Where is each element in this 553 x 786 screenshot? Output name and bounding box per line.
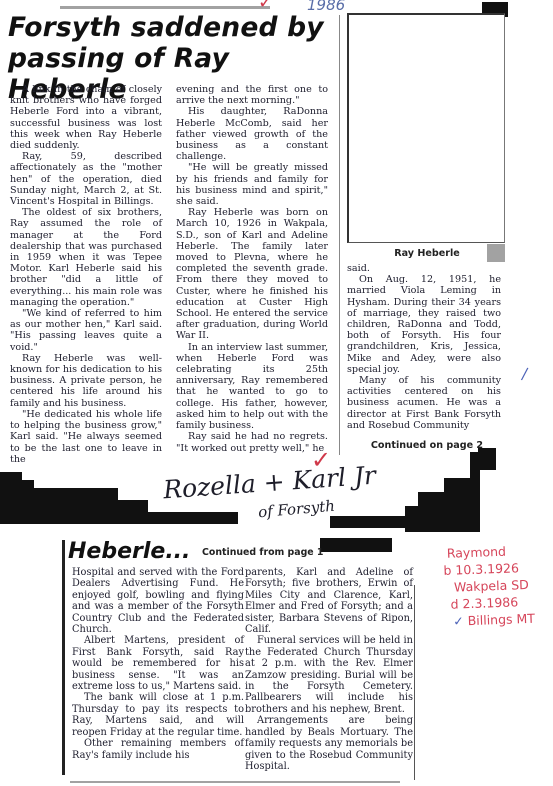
article-column-3: said.On Aug. 12, 1951, he married Viola … — [347, 263, 501, 431]
scan-edge-right — [405, 506, 418, 532]
paragraph: A link in the chain of closely knit brot… — [10, 84, 162, 151]
scan-edge-left — [118, 500, 148, 524]
paragraph: His daughter, RaDonna Heberle McComb, sa… — [176, 106, 328, 162]
scan-edge-left — [34, 488, 118, 524]
scan-edge-right — [418, 492, 444, 532]
scan-edge-right — [330, 516, 405, 528]
paragraph: Ray, 59, described affectionately as the… — [10, 151, 162, 207]
article-column-2: evening and the first one to arrive the … — [176, 84, 328, 454]
paragraph: Ray Heberle was born on March 10, 1926 i… — [176, 207, 328, 341]
paragraph: Ray Heberle was well-known for his dedic… — [10, 353, 162, 409]
paragraph: Many of his community activities centere… — [347, 375, 501, 431]
scan-edge-right — [470, 452, 480, 532]
column-divider — [414, 585, 415, 780]
scan-noise — [487, 244, 505, 262]
red-check-mark: ✓ — [258, 0, 273, 13]
scan-noise — [70, 781, 400, 783]
handwritten-signature-location: of Forsyth — [257, 497, 335, 522]
paragraph: "He will be greatly missed by his friend… — [176, 162, 328, 207]
continuation-column-2: parents, Karl and Adeline of Forsyth; fi… — [245, 567, 413, 772]
paragraph: Arrangements are being handled by Beals … — [245, 715, 413, 772]
column-divider — [339, 15, 340, 455]
paragraph: evening and the first one to arrive the … — [176, 84, 328, 106]
year-note: 1986 — [307, 0, 345, 14]
paragraph: Funeral services will be held in the Fed… — [245, 635, 413, 715]
paragraph: said. — [347, 263, 501, 274]
paragraph: "We kind of referred to him as our mothe… — [10, 308, 162, 353]
paragraph: Other remaining members of Ray's family … — [72, 738, 244, 761]
scan-edge-left — [148, 512, 238, 524]
article-column-1: A link in the chain of closely knit brot… — [10, 84, 162, 465]
paragraph: The oldest of six brothers, Ray assumed … — [10, 207, 162, 308]
paragraph: Hospital and served with the Ford Dealer… — [72, 567, 244, 635]
photo-caption: Ray Heberle — [347, 248, 507, 259]
photo-frame — [347, 13, 505, 243]
blue-check-icon: ✓ — [453, 613, 464, 628]
paragraph: Albert Martens, president of First Bank … — [72, 635, 244, 692]
scan-edge-left — [0, 472, 22, 524]
paragraph: Ray said he had no regrets. "It worked o… — [176, 431, 328, 453]
handwritten-signature: Rozella + Karl Jr — [162, 461, 377, 505]
scan-noise — [60, 6, 270, 9]
continued-from-label: Continued from page 1 — [202, 547, 323, 558]
note-death-place: Billings MT — [467, 611, 535, 628]
paragraph: On Aug. 12, 1951, he married Viola Lemin… — [347, 274, 501, 375]
paragraph: In an interview last summer, when Heberl… — [176, 342, 328, 432]
scan-edge-left — [22, 480, 34, 524]
paragraph: The bank will close at 1 p.m. Thursday t… — [72, 692, 244, 738]
paragraph: "He dedicated his whole life to helping … — [10, 409, 162, 465]
continuation-heading: Heberle... — [68, 539, 190, 564]
paragraph: parents, Karl and Adeline of Forsyth; fi… — [245, 567, 413, 635]
blue-check-icon: / — [520, 364, 529, 384]
continuation-column-1: Hospital and served with the Ford Dealer… — [72, 567, 244, 761]
red-check-mark: ✓ — [311, 446, 331, 474]
scan-block — [478, 448, 496, 470]
scan-edge-right — [444, 478, 470, 532]
margin-notes: Raymond b 10.3.1926 Wakpela SD d 2.3.198… — [443, 541, 553, 630]
